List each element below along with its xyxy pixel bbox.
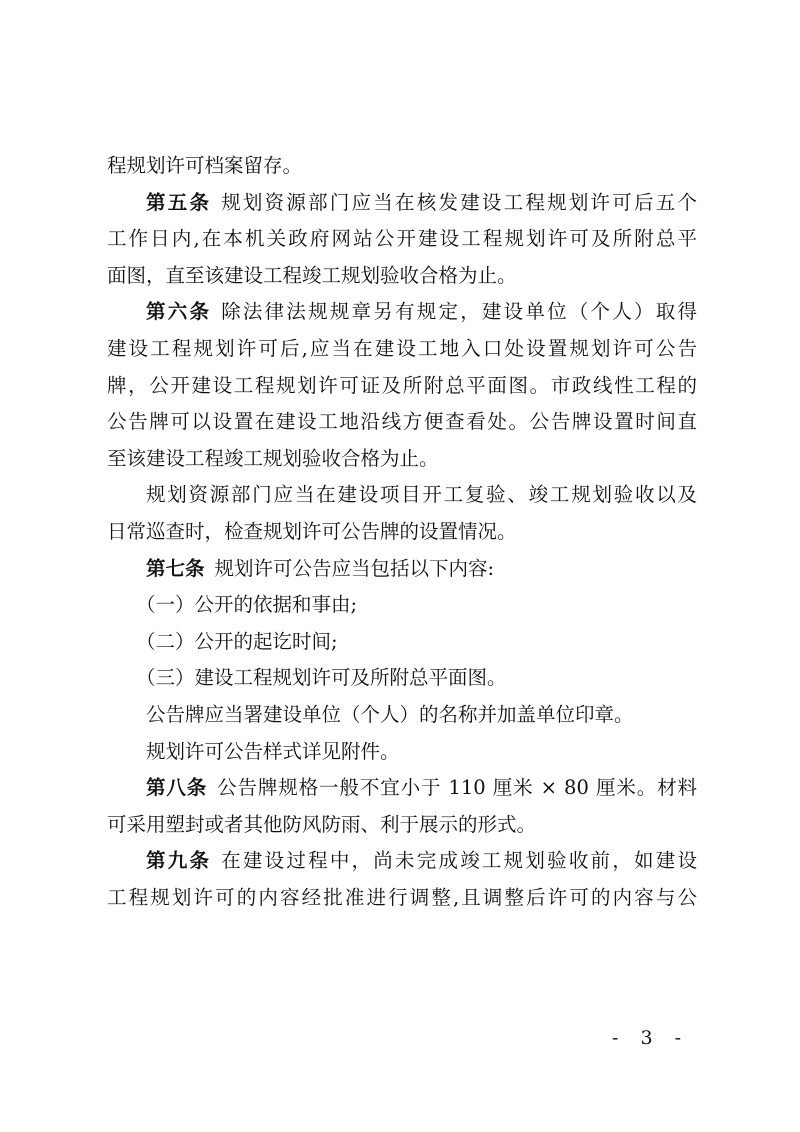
article-5-line-1: 第五条规划资源部门应当在核发建设工程规划许可后五个	[107, 185, 697, 222]
list-item-3: （三）建设工程规划许可及所附总平面图。	[107, 660, 697, 697]
paragraph-attachment: 规划许可公告样式详见附件。	[107, 734, 697, 771]
page-number: - 3 -	[612, 1027, 692, 1049]
article-6-line-2: 建设工程规划许可后,应当在建设工地入口处设置规划许可公告	[107, 331, 697, 368]
article-8-line-2: 可采用塑封或者其他防风防雨、利于展示的形式。	[107, 807, 697, 844]
article-6-heading: 第六条	[146, 300, 211, 323]
article-6-line-4: 公告牌可以设置在建设工地沿线方便查看处。公告牌设置时间直	[107, 404, 697, 441]
article-6-line-3: 牌，公开建设工程规划许可证及所附总平面图。市政线性工程的	[107, 368, 697, 405]
paragraph-inspection-line-1: 规划资源部门应当在建设项目开工复验、竣工规划验收以及	[107, 477, 697, 514]
list-item-1: （一）公开的依据和事由;	[107, 587, 697, 624]
article-9-heading: 第九条	[146, 849, 211, 872]
article-8-heading: 第八条	[146, 776, 207, 799]
document-body: 程规划许可档案留存。 第五条规划资源部门应当在核发建设工程规划许可后五个 工作日…	[107, 148, 697, 916]
article-7-text: 规划许可公告应当包括以下内容:	[215, 557, 495, 580]
article-6-line-1: 第六条除法律法规规章另有规定，建设单位（个人）取得	[107, 294, 697, 331]
article-7-line-1: 第七条规划许可公告应当包括以下内容:	[107, 551, 697, 588]
article-9-text: 在建设过程中，尚未完成竣工规划验收前，如建设	[221, 849, 697, 872]
article-5-heading: 第五条	[146, 191, 211, 214]
document-page: 程规划许可档案留存。 第五条规划资源部门应当在核发建设工程规划许可后五个 工作日…	[0, 0, 800, 1132]
article-8-line-1: 第八条公告牌规格一般不宜小于 110 厘米 × 80 厘米。材料	[107, 770, 697, 807]
list-item-2: （二）公开的起讫时间;	[107, 624, 697, 661]
article-5-line-3: 面图，直至该建设工程竣工规划验收合格为止。	[107, 258, 697, 295]
paragraph-inspection-line-2: 日常巡查时，检查规划许可公告牌的设置情况。	[107, 514, 697, 551]
paragraph-seal: 公告牌应当署建设单位（个人）的名称并加盖单位印章。	[107, 697, 697, 734]
article-5-line-2: 工作日内,在本机关政府网站公开建设工程规划许可及所附总平	[107, 221, 697, 258]
article-9-line-2: 工程规划许可的内容经批准进行调整,且调整后许可的内容与公	[107, 880, 697, 917]
article-5-text: 规划资源部门应当在核发建设工程规划许可后五个	[221, 191, 697, 214]
article-9-line-1: 第九条在建设过程中，尚未完成竣工规划验收前，如建设	[107, 843, 697, 880]
article-6-line-5: 至该建设工程竣工规划验收合格为止。	[107, 441, 697, 478]
article-8-text: 公告牌规格一般不宜小于 110 厘米 × 80 厘米。材料	[217, 776, 697, 799]
article-7-heading: 第七条	[146, 557, 205, 580]
paragraph-continuation: 程规划许可档案留存。	[107, 148, 697, 185]
article-6-text: 除法律法规规章另有规定，建设单位（个人）取得	[221, 300, 697, 323]
